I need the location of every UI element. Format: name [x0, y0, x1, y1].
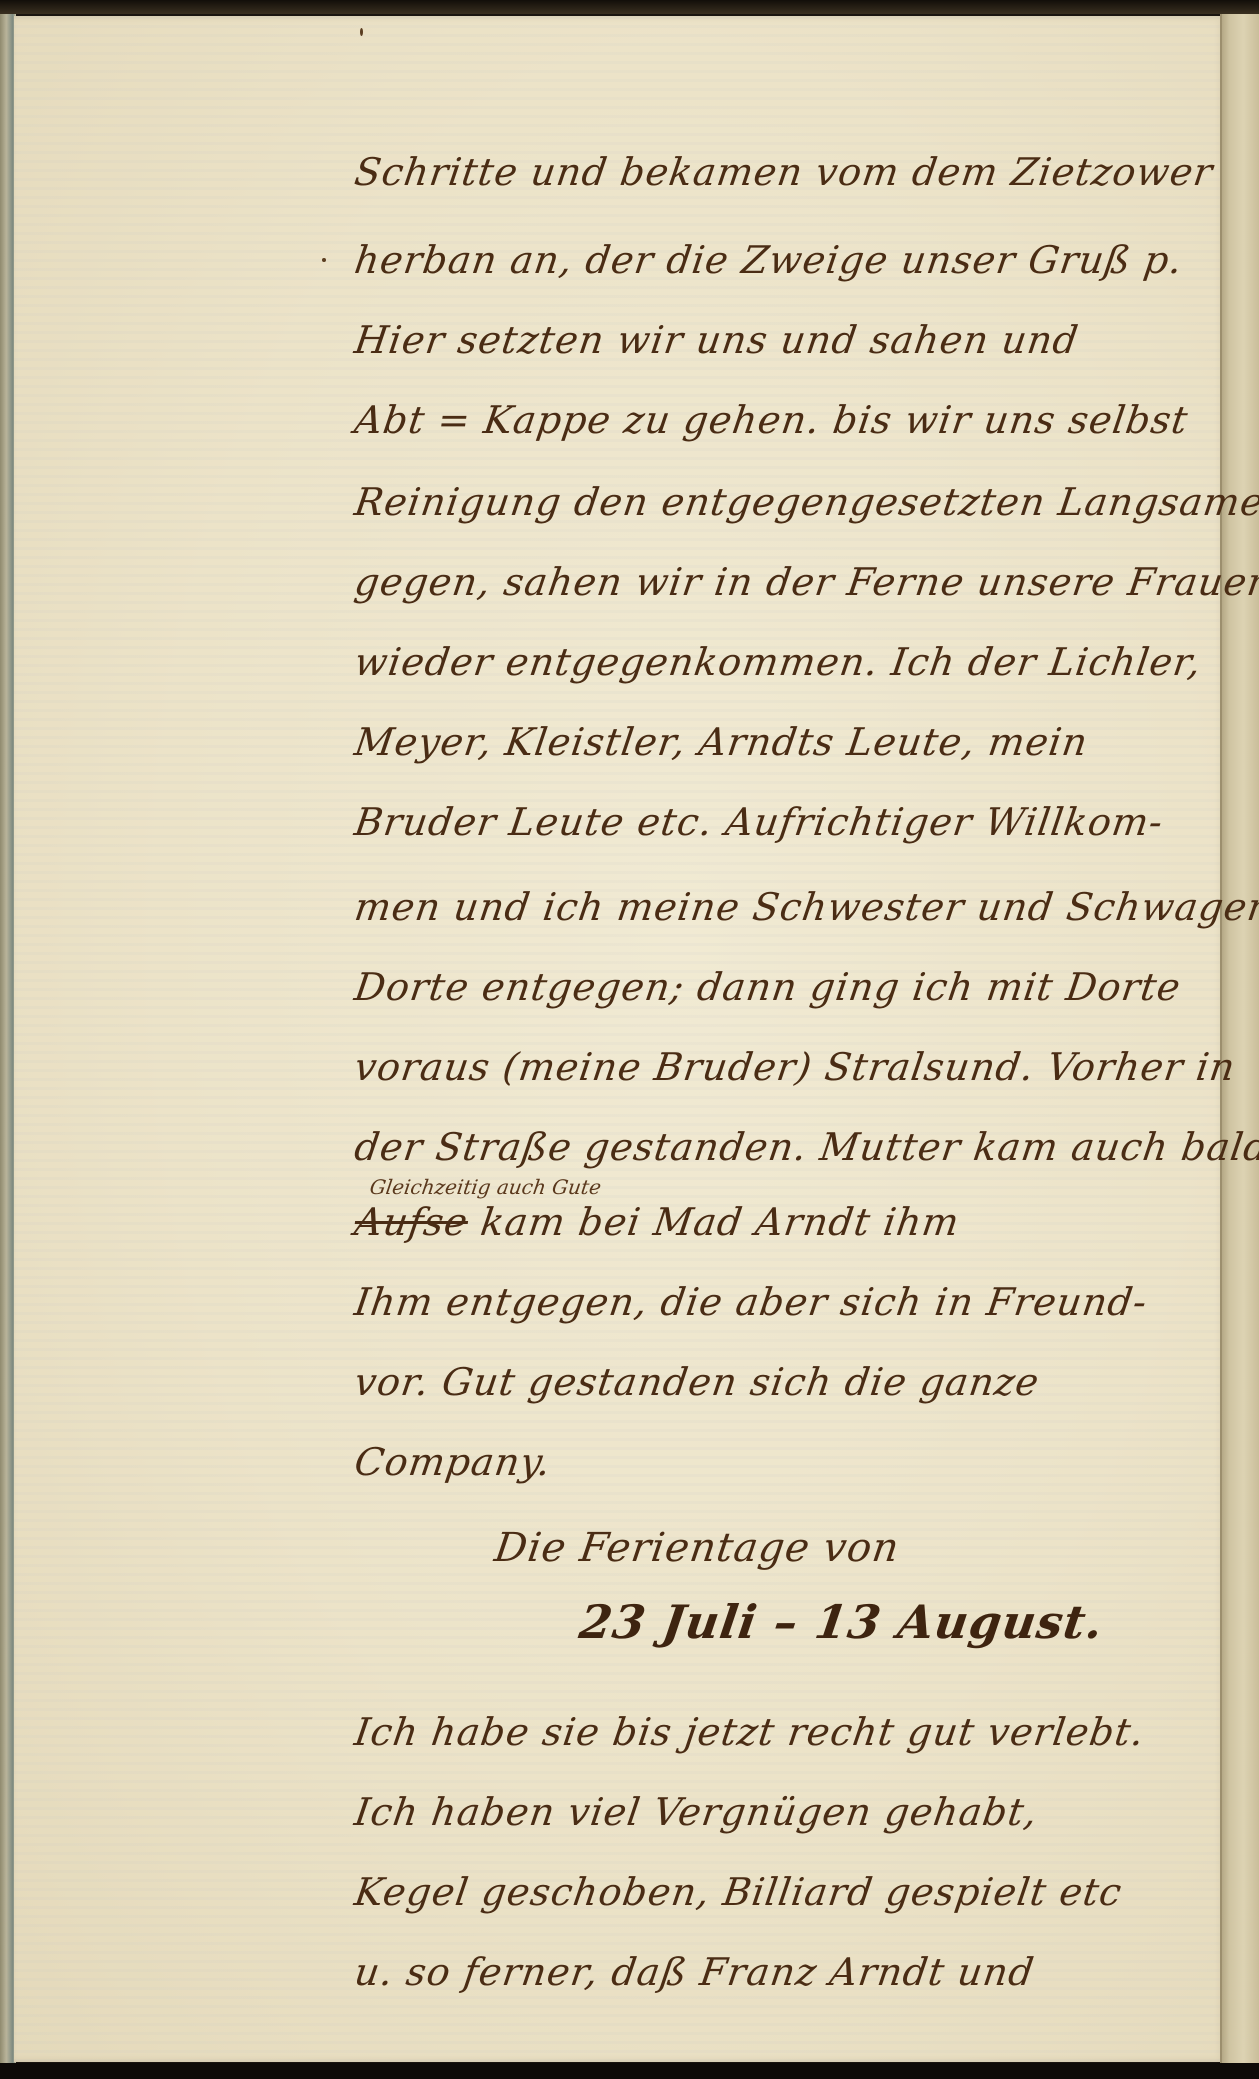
section-heading-dates: 23 Juli – 13 August. — [576, 1595, 1107, 1649]
scan-frame-bottom — [0, 2063, 1259, 2079]
text-line: u. so ferner, daß Franz Arndt und — [352, 1950, 1037, 1994]
text-line: Company. — [352, 1440, 554, 1484]
text-line: herban an, der die Zweige unser Gruß p. — [352, 238, 1186, 282]
text-line: men und ich meine Schwester und Schwager — [352, 885, 1259, 929]
text-fragment: kam bei Mad Arndt ihm — [478, 1200, 962, 1244]
ink-dot — [322, 258, 326, 262]
text-line: vor. Gut gestanden sich die ganze — [352, 1360, 1042, 1404]
text-line: Ihm entgegen, die aber sich in Freund- — [352, 1280, 1150, 1324]
text-line: Kegel geschoben, Billiard gespielt etc — [352, 1870, 1125, 1914]
interlinear-insertion: Gleichzeitig auch Gute — [368, 1175, 602, 1199]
text-line: gegen, sahen wir in der Ferne unsere Fra… — [352, 560, 1259, 604]
text-line: voraus (meine Bruder) Stralsund. Vorher … — [352, 1045, 1238, 1089]
struck-through-word: Aufse — [352, 1200, 471, 1244]
section-heading: Die Ferientage von — [492, 1525, 903, 1571]
text-line-with-correction: Aufse kam bei Mad Arndt ihm — [352, 1200, 962, 1244]
scan-frame-top — [0, 0, 1259, 14]
text-line: Schritte und bekamen vom dem Zietzower — [352, 150, 1216, 194]
text-line: Bruder Leute etc. Aufrichtiger Willkom- — [352, 800, 1166, 844]
ink-dot — [360, 28, 363, 36]
text-line: wieder entgegenkommen. Ich der Lichler, — [352, 640, 1205, 684]
text-line: Meyer, Kleistler, Arndts Leute, mein — [352, 720, 1091, 764]
text-line: Abt = Kappe zu gehen. bis wir uns selbst — [352, 398, 1191, 442]
text-line: Dorte entgegen; dann ging ich mit Dorte — [352, 965, 1184, 1009]
book-binding-gutter — [1220, 14, 1259, 2064]
text-line: Hier setzten wir uns und sahen und — [352, 318, 1082, 362]
text-line: Reinigung den entgegengesetzten Langsame… — [352, 480, 1259, 524]
text-line: Ich haben viel Vergnügen gehabt, — [352, 1790, 1041, 1834]
text-line: Ich habe sie bis jetzt recht gut verlebt… — [352, 1710, 1148, 1754]
text-line: der Straße gestanden. Mutter kam auch ba… — [352, 1125, 1259, 1169]
